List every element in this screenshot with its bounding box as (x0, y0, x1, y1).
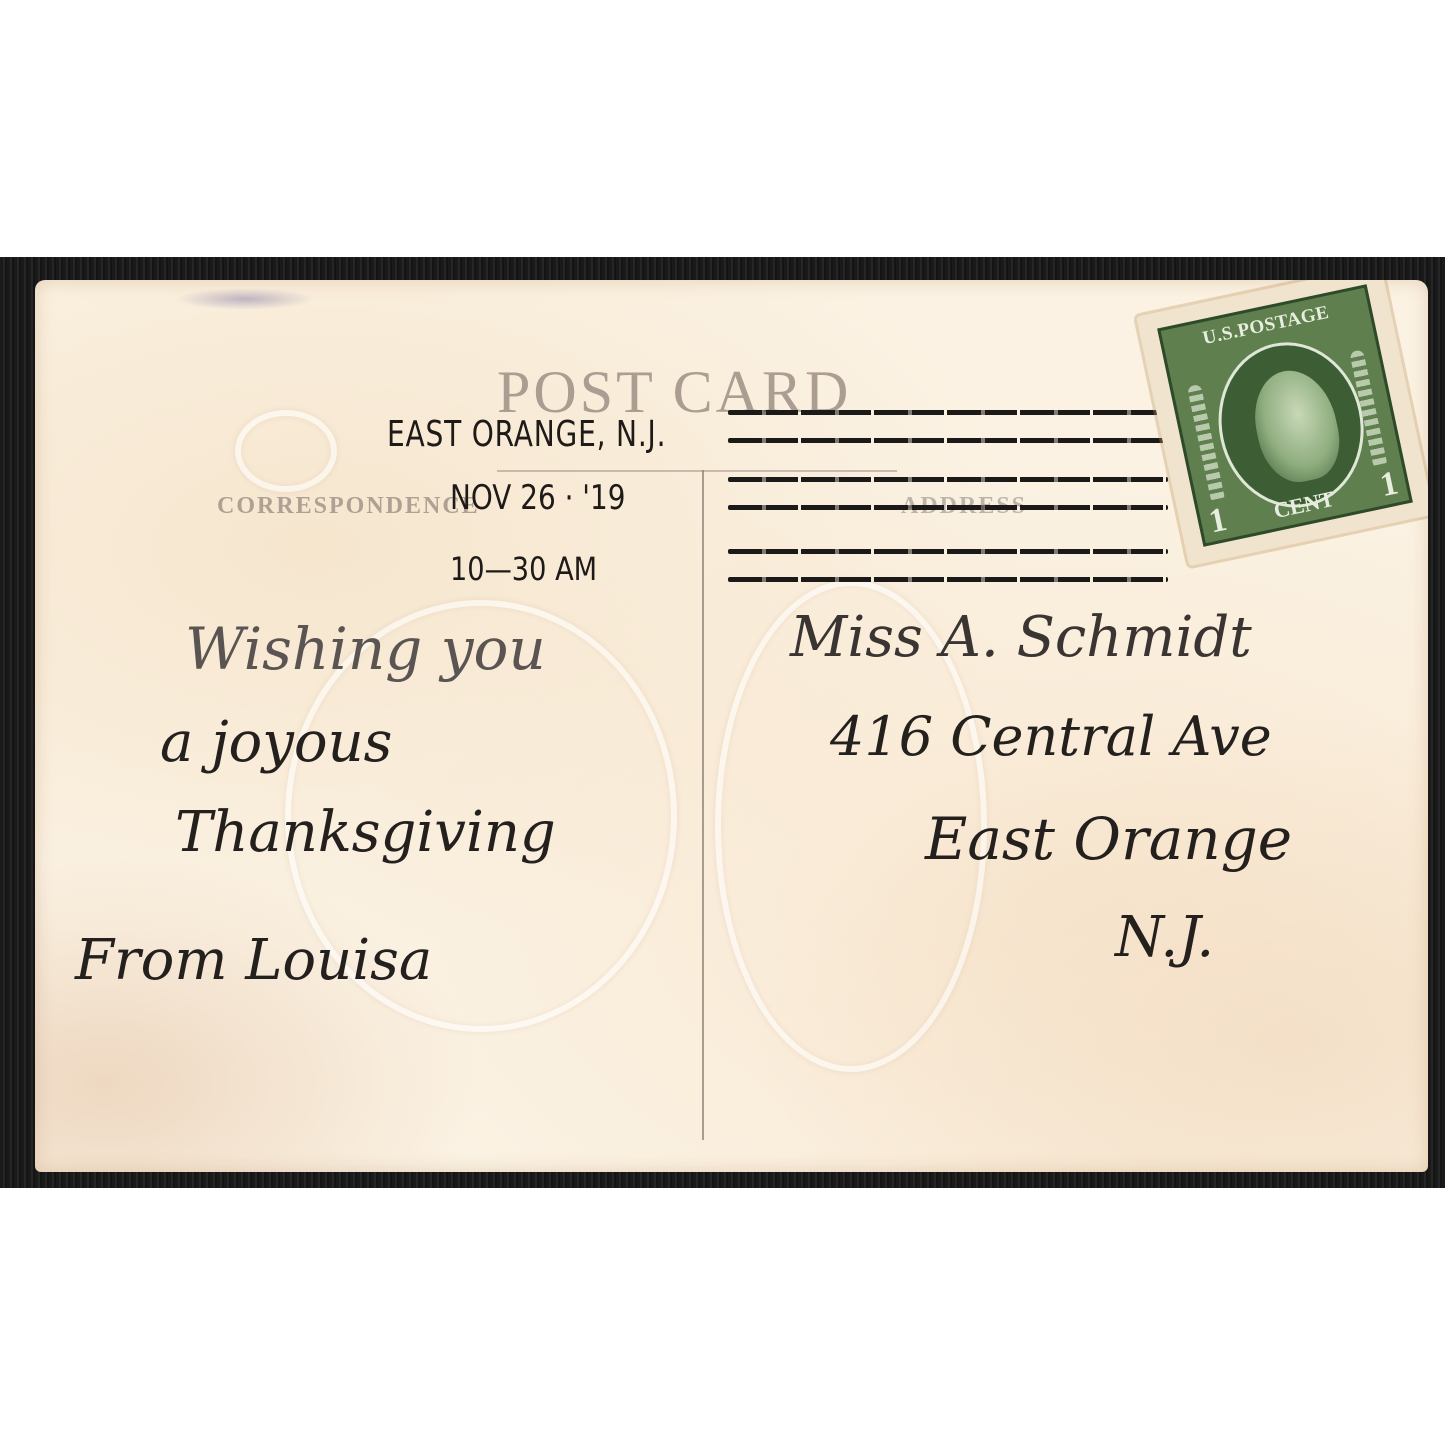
cancel-line (728, 477, 1168, 482)
postmark-time: 10—30 AM (450, 550, 597, 588)
ink-smudge (175, 288, 315, 310)
address-street: 416 Central Ave (830, 705, 1272, 768)
cancel-line (728, 410, 1168, 415)
address-city: East Orange (925, 805, 1292, 873)
stamp-value-left: 1 (1206, 501, 1231, 542)
cancel-line (728, 505, 1168, 510)
message-line: Thanksgiving (175, 800, 556, 865)
embossed-leaf (235, 410, 337, 492)
postage-stamp: U.S.POSTAGE 1 CENT 1 (1136, 280, 1428, 566)
center-divider (702, 470, 704, 1140)
cancel-line (728, 577, 1168, 582)
cancel-line (728, 438, 1168, 443)
postmark-city: EAST ORANGE, N.J. (387, 414, 666, 455)
cancel-line (728, 549, 1168, 554)
stamp-value-right: 1 (1377, 464, 1402, 505)
address-recipient: Miss A. Schmidt (790, 605, 1252, 670)
message-signature: From Louisa (75, 928, 432, 993)
address-state: N.J. (1115, 905, 1214, 970)
message-line: Wishing you (185, 615, 546, 683)
stamp-face: U.S.POSTAGE 1 CENT 1 (1157, 284, 1413, 547)
correspondence-label: CORRESPONDENCE (217, 493, 480, 520)
postcard: POST CARD CORRESPONDENCE ADDRESS EAST OR… (35, 280, 1428, 1172)
header-rule (497, 470, 897, 472)
postmark-date: NOV 26 · '19 (450, 478, 625, 518)
message-line: a joyous (160, 710, 392, 775)
washington-portrait-icon (1246, 363, 1348, 489)
